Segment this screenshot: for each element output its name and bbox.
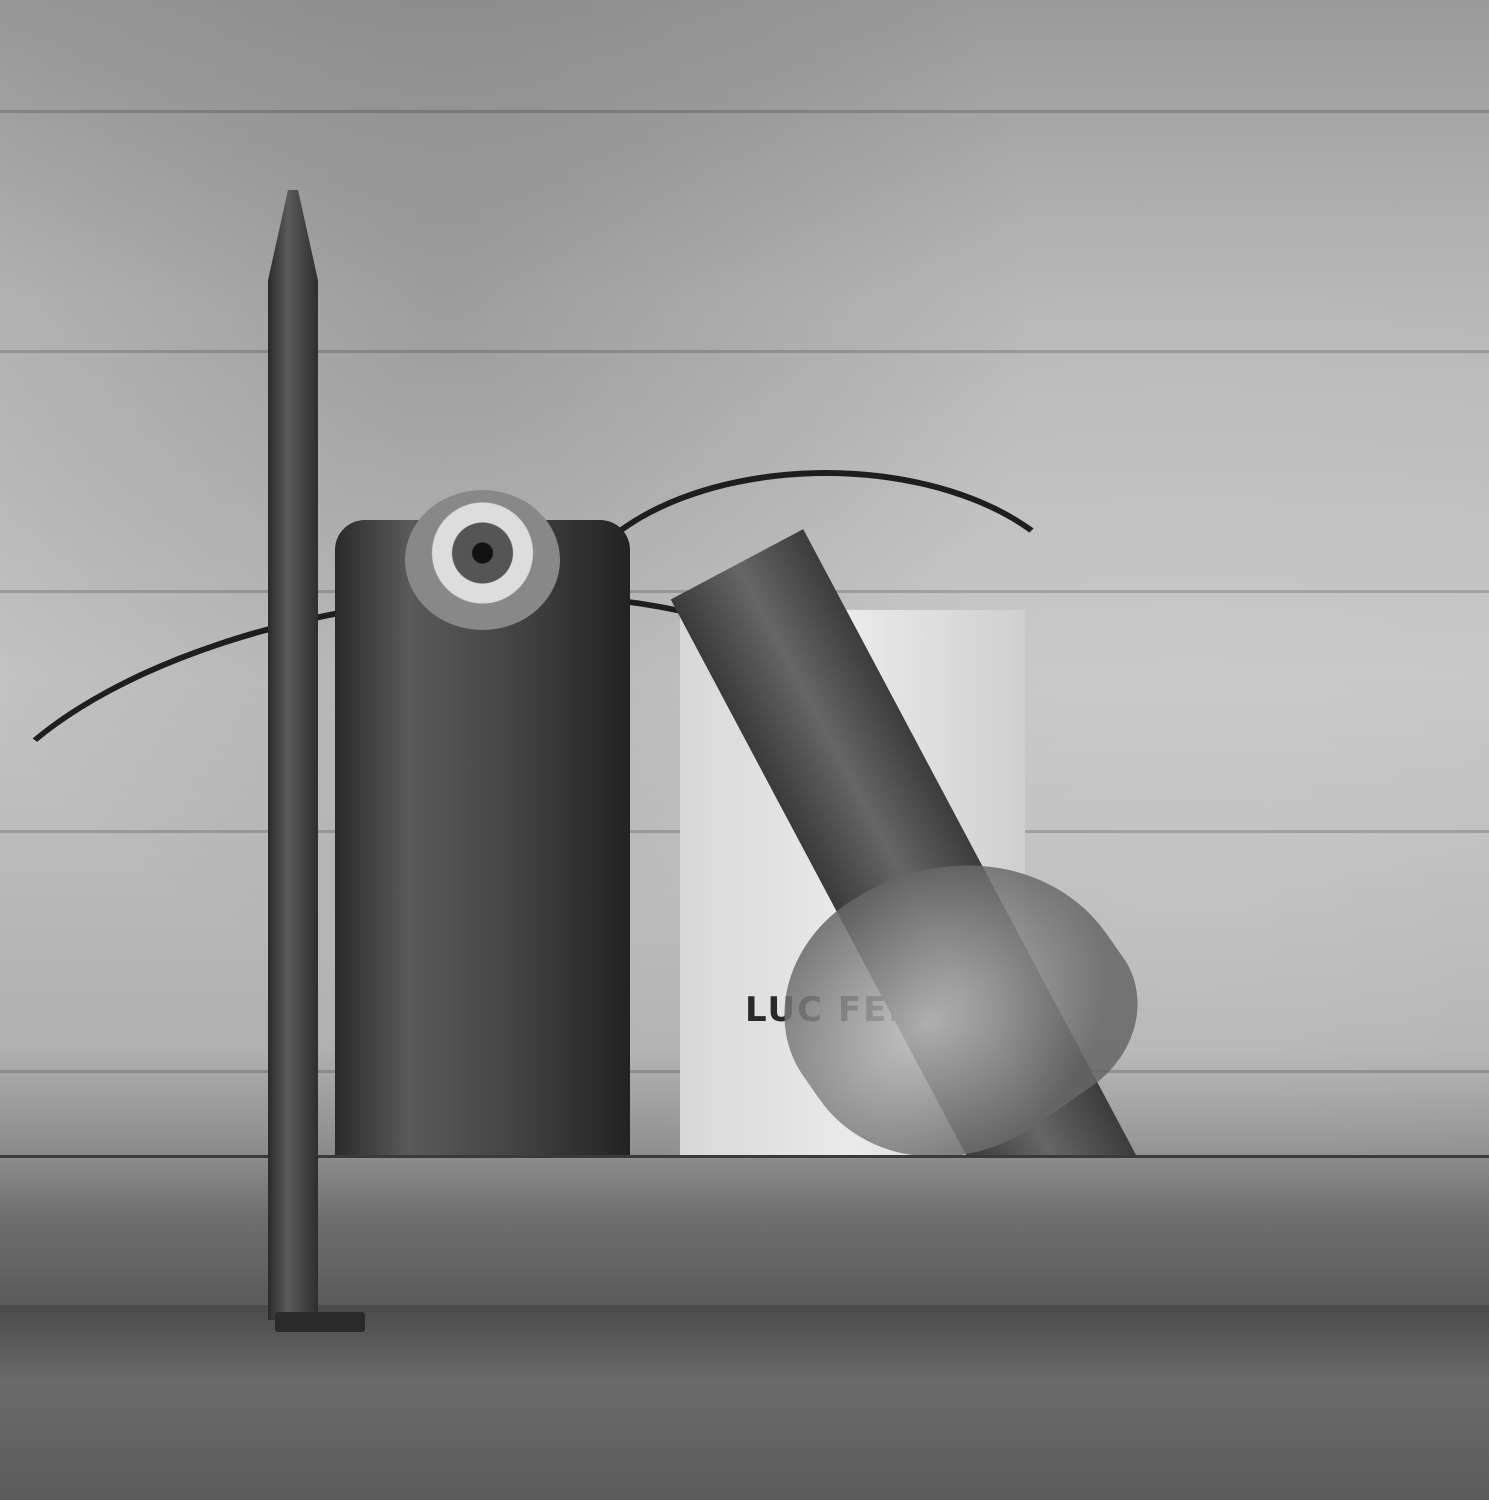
doll-eye bbox=[405, 490, 560, 630]
iron-spike bbox=[268, 190, 318, 1320]
shelf-surface bbox=[0, 1305, 1489, 1500]
spike-head bbox=[275, 1312, 365, 1332]
photograph: LUC FER bbox=[0, 0, 1489, 1500]
wooden-shelf-rail bbox=[0, 1155, 1489, 1308]
